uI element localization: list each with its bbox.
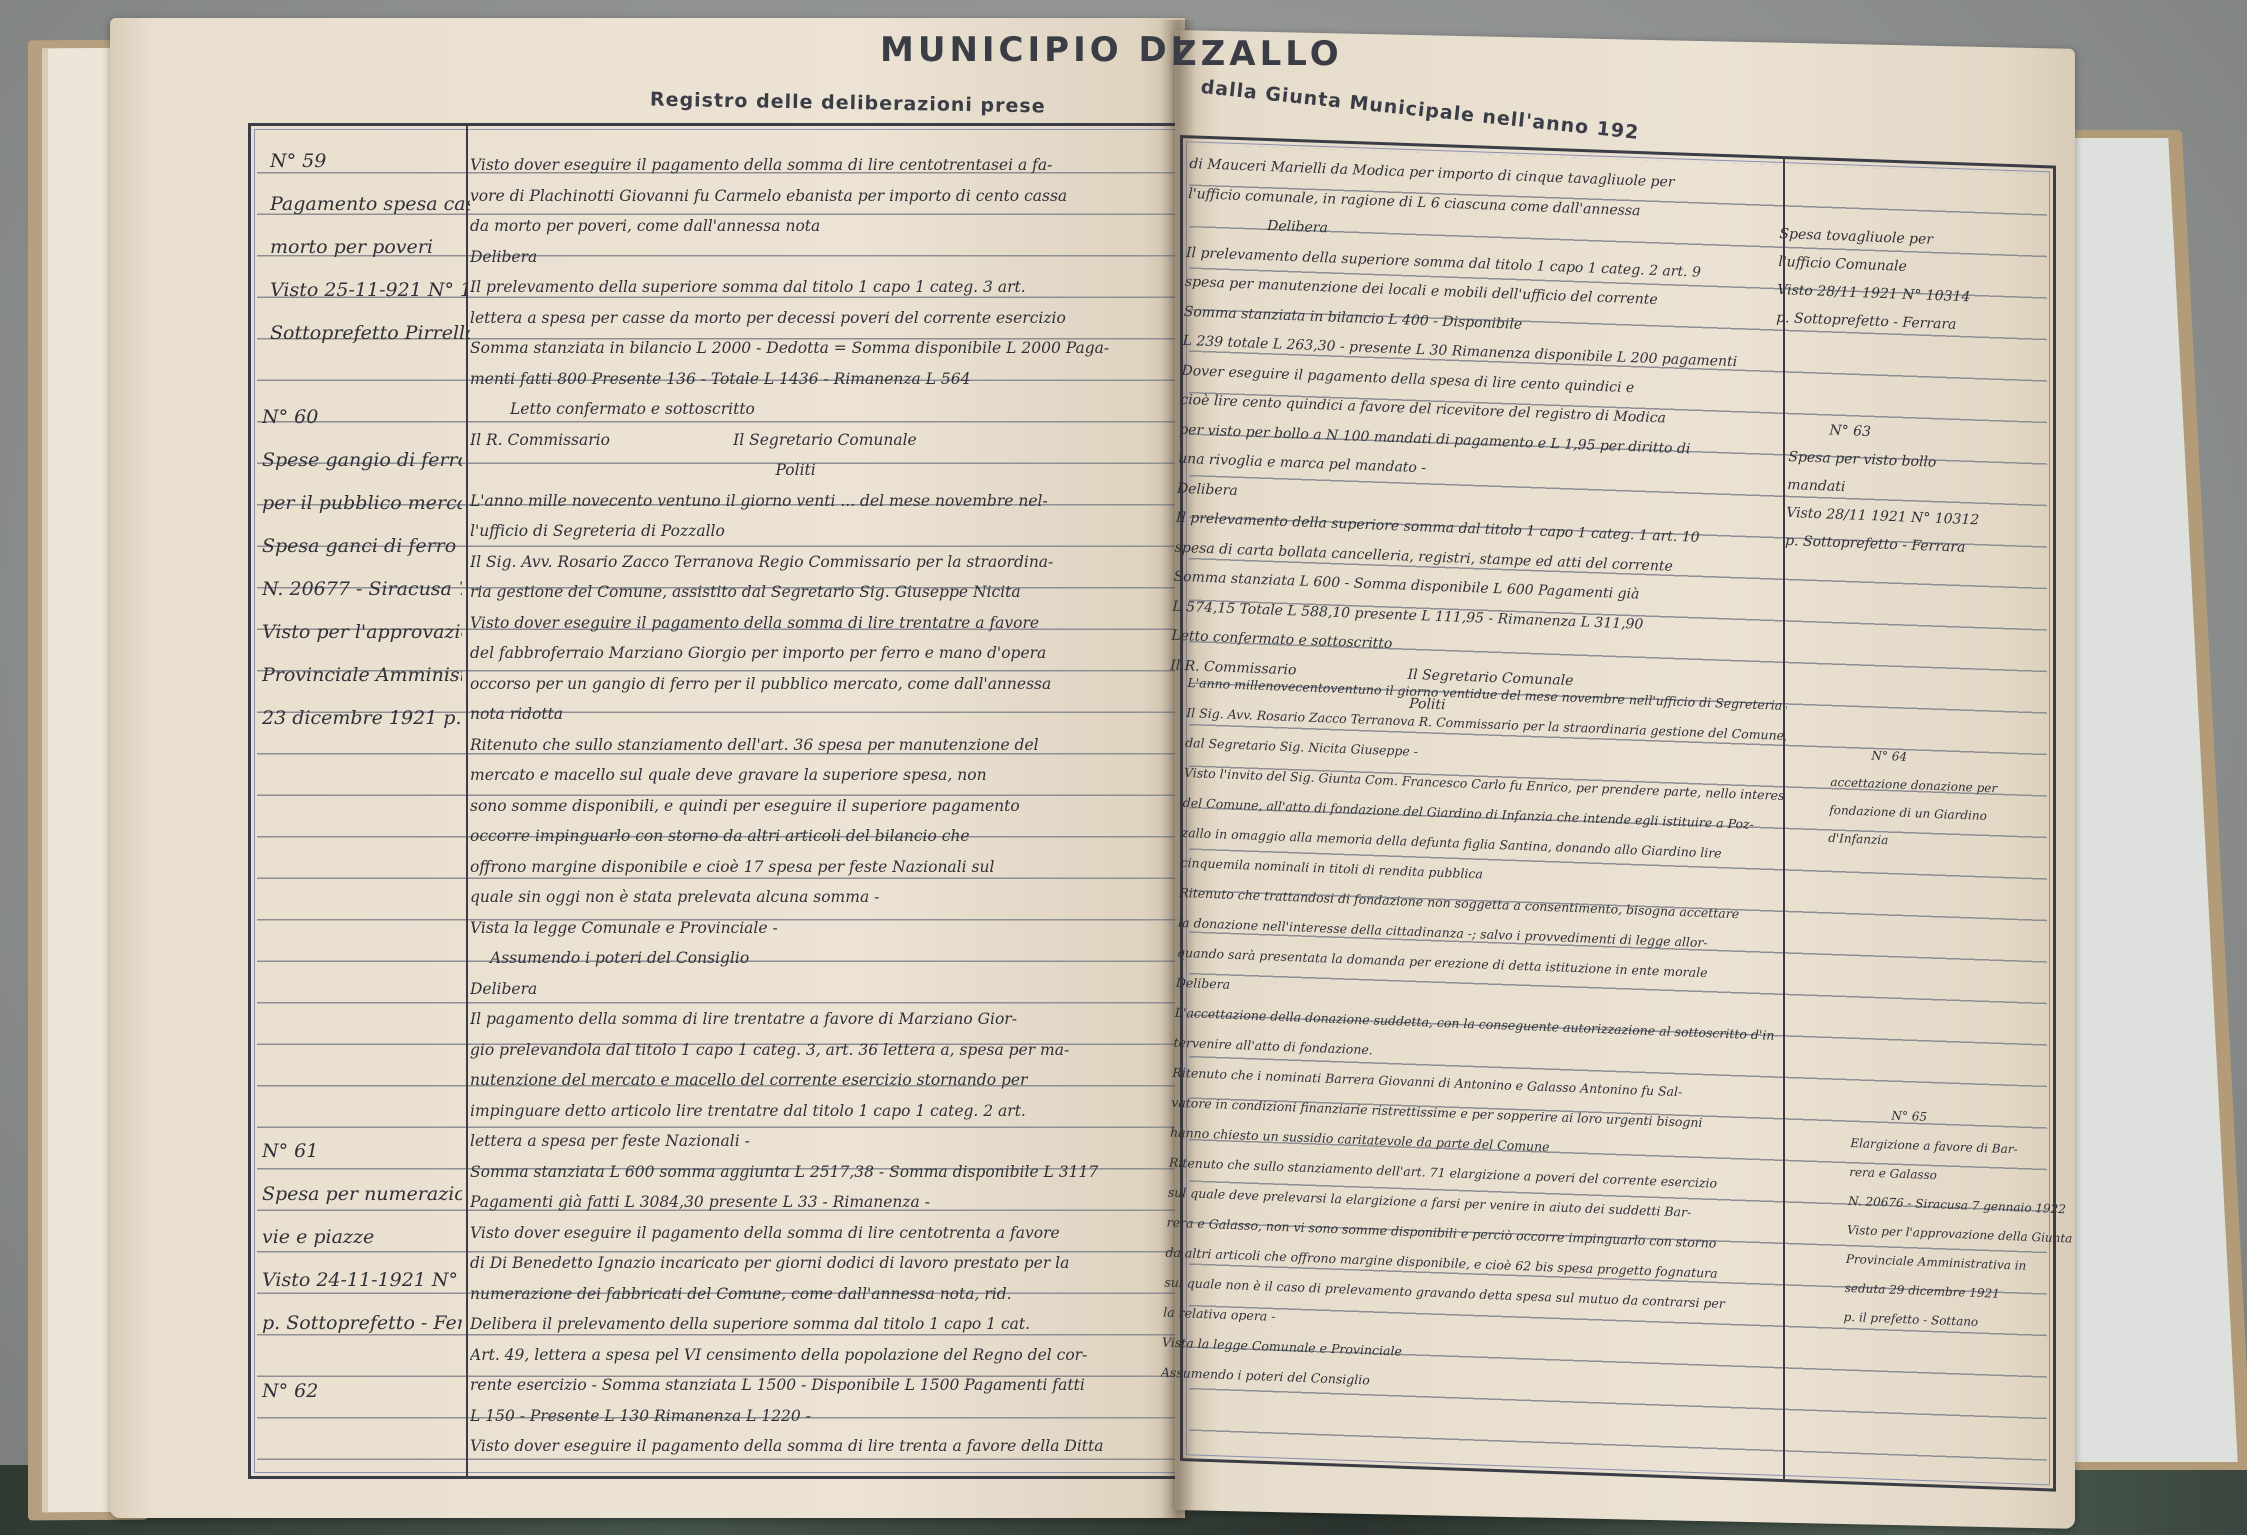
- body-line: nutenzione del mercato e macello del cor…: [470, 1065, 1170, 1096]
- body-line: lettera a spesa per feste Nazionali -: [470, 1126, 1170, 1157]
- margin-entry-62: N° 62: [262, 1370, 462, 1413]
- body-line: quale sin oggi non è stata prelevata alc…: [470, 882, 1170, 913]
- body-line: impinguare detto articolo lire trentatre…: [470, 1096, 1170, 1127]
- entry-line: 23 dicembre 1921 p. il prefetto Sottano: [262, 697, 462, 740]
- margin-entry-65: N° 65 Elargizione a favore di Bar- rera …: [1843, 1100, 2082, 1341]
- entry-line: per il pubblico mercato: [262, 482, 462, 525]
- body-line: Visto dover eseguire il pagamento della …: [470, 1431, 1170, 1462]
- entry-line: morto per poveri: [270, 226, 470, 269]
- body-line: Visto dover eseguire il pagamento della …: [470, 608, 1170, 639]
- body-line: del fabbroferraio Marziano Giorgio per i…: [470, 638, 1170, 669]
- body-line: occorso per un gangio di ferro per il pu…: [470, 669, 1170, 700]
- margin-entry-63: N° 63 Spesa per visto bollo mandati Vist…: [1785, 415, 2040, 564]
- body-line: di Di Benedetto Ignazio incaricato per g…: [470, 1248, 1170, 1279]
- body-line: Il pagamento della somma di lire trentat…: [470, 1004, 1170, 1035]
- body-line: lettera a spesa per casse da morto per d…: [470, 303, 1170, 334]
- body-line: offrono margine disponibile e cioè 17 sp…: [470, 852, 1170, 883]
- body-line: rente esercizio - Somma stanziata L 1500…: [470, 1370, 1170, 1401]
- entry-line: Spesa ganci di ferro per il pubbli-: [262, 525, 462, 568]
- margin-entry-61: N° 61 Spesa per numerazione vie e piazze…: [262, 1130, 462, 1345]
- body-line: Delibera il prelevamento della superiore…: [470, 1309, 1170, 1340]
- right-page-body-text-lower: L'anno millenovecentoventuno il giorno v…: [1160, 668, 1787, 1411]
- entry-line: Pagamento spesa cassa da: [270, 183, 470, 226]
- body-line: gio prelevandola dal titolo 1 capo 1 cat…: [470, 1035, 1170, 1066]
- margin-entry-tovagliuole: Spesa tovagliuole per l'ufficio Comunale…: [1776, 220, 2030, 342]
- body-line: Pagamenti già fatti L 3084,30 presente L…: [470, 1187, 1170, 1218]
- body-line: Visto dover eseguire il pagamento della …: [470, 1218, 1170, 1249]
- book-gutter: [1160, 20, 1196, 1520]
- body-line-signature-name: Politi: [470, 455, 1170, 486]
- entry-number: N° 59: [270, 140, 470, 183]
- body-line: l'ufficio di Segreteria di Pozzallo: [470, 516, 1170, 547]
- entry-number: N° 62: [262, 1370, 462, 1413]
- entry-line: Spese gangio di ferro: [262, 439, 462, 482]
- entry-line: Sottoprefetto Pirrello: [270, 312, 470, 355]
- entry-line: Visto per l'approvazione della Giunta: [262, 611, 462, 654]
- body-line: Assumendo i poteri del Consiglio: [470, 943, 1170, 974]
- body-line-heading: Delibera: [470, 242, 1170, 273]
- body-line: Il prelevamento della superiore somma da…: [470, 272, 1170, 303]
- body-line: Visto dover eseguire il pagamento della …: [470, 150, 1170, 181]
- body-line: Vista la legge Comunale e Provinciale -: [470, 913, 1170, 944]
- entry-line: Visto 25-11-921 N° 10315: [270, 269, 470, 312]
- body-line: Somma stanziata in bilancio L 2000 - Ded…: [470, 333, 1170, 364]
- entry-line: Spesa per numerazione: [262, 1173, 462, 1216]
- right-page-body-text: di Mauceri Marielli da Modica per import…: [1168, 150, 1779, 733]
- printed-title-right: ZZALLO: [1172, 34, 1343, 74]
- body-line: ria gestione del Comune, assistito dal S…: [470, 577, 1170, 608]
- body-line: Il Sig. Avv. Rosario Zacco Terranova Reg…: [470, 547, 1170, 578]
- body-line: occorre impinguarlo con storno da altri …: [470, 821, 1170, 852]
- entry-number: N° 60: [262, 396, 462, 439]
- body-line: da morto per poveri, come dall'annessa n…: [470, 211, 1170, 242]
- margin-entry-59: N° 59 Pagamento spesa cassa da morto per…: [270, 140, 470, 355]
- body-line: L'anno mille novecento ventuno il giorno…: [470, 486, 1170, 517]
- body-line-signoff: Letto confermato e sottoscritto: [470, 394, 1170, 425]
- body-line-signatures: Il R. Commissario Il Segretario Comunale: [470, 425, 1170, 456]
- margin-entry-64: N° 64 accettazione donazione per fondazi…: [1828, 740, 2052, 860]
- body-line-heading: Delibera: [470, 974, 1170, 1005]
- body-line: nota ridotta: [470, 699, 1170, 730]
- margin-column-divider: [1783, 159, 1785, 1479]
- left-page-body-text: Visto dover eseguire il pagamento della …: [470, 150, 1170, 1462]
- entry-line: Provinciale Amministrativa in seduta: [262, 654, 462, 697]
- body-line: sono somme disponibili, e quindi per ese…: [470, 791, 1170, 822]
- entry-line: Visto 24-11-1921 N° 10313: [262, 1259, 462, 1302]
- entry-line: p. Sottoprefetto - Ferrara: [262, 1302, 462, 1345]
- body-line: vore di Plachinotti Giovanni fu Carmelo …: [470, 181, 1170, 212]
- entry-line: vie e piazze: [262, 1216, 462, 1259]
- body-line: mercato e macello sul quale deve gravare…: [470, 760, 1170, 791]
- entry-line: N. 20677 - Siracusa 7 gennaio 1922: [262, 568, 462, 611]
- body-line: numerazione dei fabbricati del Comune, c…: [470, 1279, 1170, 1310]
- entry-number: N° 61: [262, 1130, 462, 1173]
- body-line: L 150 - Presente L 130 Rimanenza L 1220 …: [470, 1401, 1170, 1432]
- body-line: Somma stanziata L 600 somma aggiunta L 2…: [470, 1157, 1170, 1188]
- body-line: menti fatti 800 Presente 136 - Totale L …: [470, 364, 1170, 395]
- margin-entry-60: N° 60 Spese gangio di ferro per il pubbl…: [262, 396, 462, 740]
- printed-title-left: MUNICIPIO DI: [880, 30, 1187, 70]
- body-line: Ritenuto che sullo stanziamento dell'art…: [470, 730, 1170, 761]
- body-line: Art. 49, lettera a spesa pel VI censimen…: [470, 1340, 1170, 1371]
